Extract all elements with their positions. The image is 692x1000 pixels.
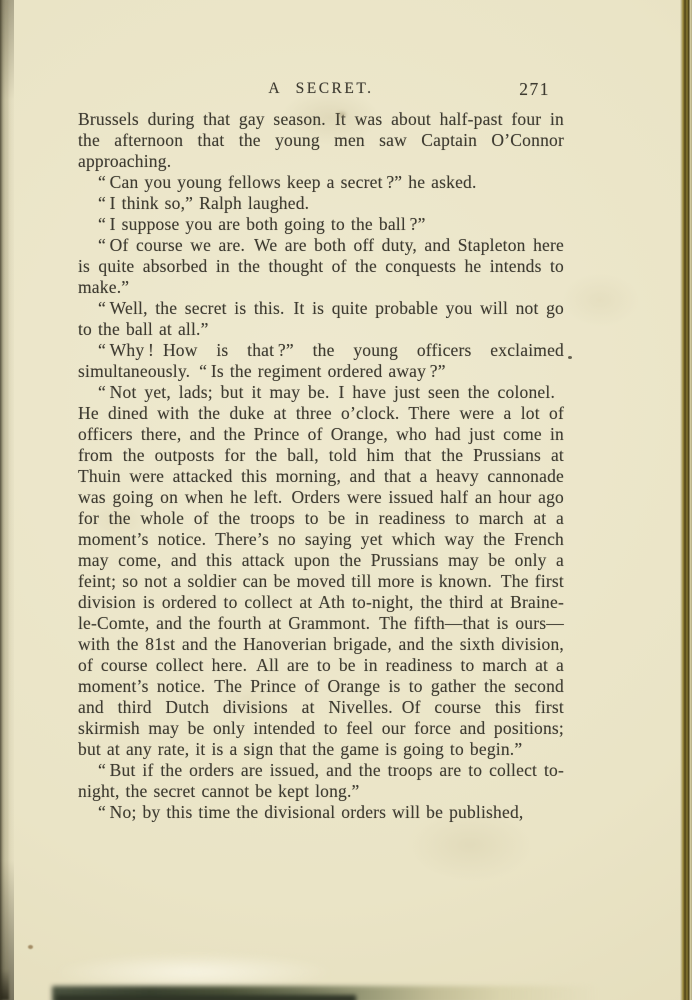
paragraph: “ Not yet, lads; but it may be. I have j…	[78, 382, 564, 760]
bottom-scan-shadow	[52, 986, 597, 1000]
paragraph: “ But if the orders are issued, and the …	[78, 760, 564, 802]
paragraph: “ Why ! How is that ?” the young officer…	[78, 340, 564, 382]
ink-speck	[28, 945, 33, 949]
page-header: A SECRET. 271	[78, 79, 564, 101]
page-number: 271	[519, 79, 550, 100]
bottom-light-haze	[58, 947, 398, 989]
paper-crease	[5, 0, 9, 1000]
gutter-shadow-tone	[0, 0, 14, 1000]
paragraph: “ I suppose you are both going to the ba…	[78, 214, 564, 235]
ink-speck	[568, 356, 572, 359]
bottom-left-corner-shadow	[0, 970, 9, 1000]
paragraph: “ Well, the secret is this. It is quite …	[78, 298, 564, 340]
paragraph: “ I think so,” Ralph laughed.	[78, 193, 564, 214]
running-title: A SECRET.	[78, 80, 564, 98]
paragraph: “ Of course we are. We are both off duty…	[78, 235, 564, 298]
paragraph: “ Can you young fellows keep a secret ?”…	[78, 172, 564, 193]
gutter-shadow-left	[0, 0, 14, 1000]
page-text: Brussels during that gay season. It was …	[78, 109, 564, 823]
scanned-book-page: A SECRET. 271 Brussels during that gay s…	[0, 0, 692, 1000]
paragraph: Brussels during that gay season. It was …	[78, 109, 564, 172]
page-edge-right	[680, 0, 692, 1000]
bottom-scan-shadow-core	[56, 995, 356, 1000]
paragraph: “ No; by this time the divisional orders…	[78, 802, 564, 823]
